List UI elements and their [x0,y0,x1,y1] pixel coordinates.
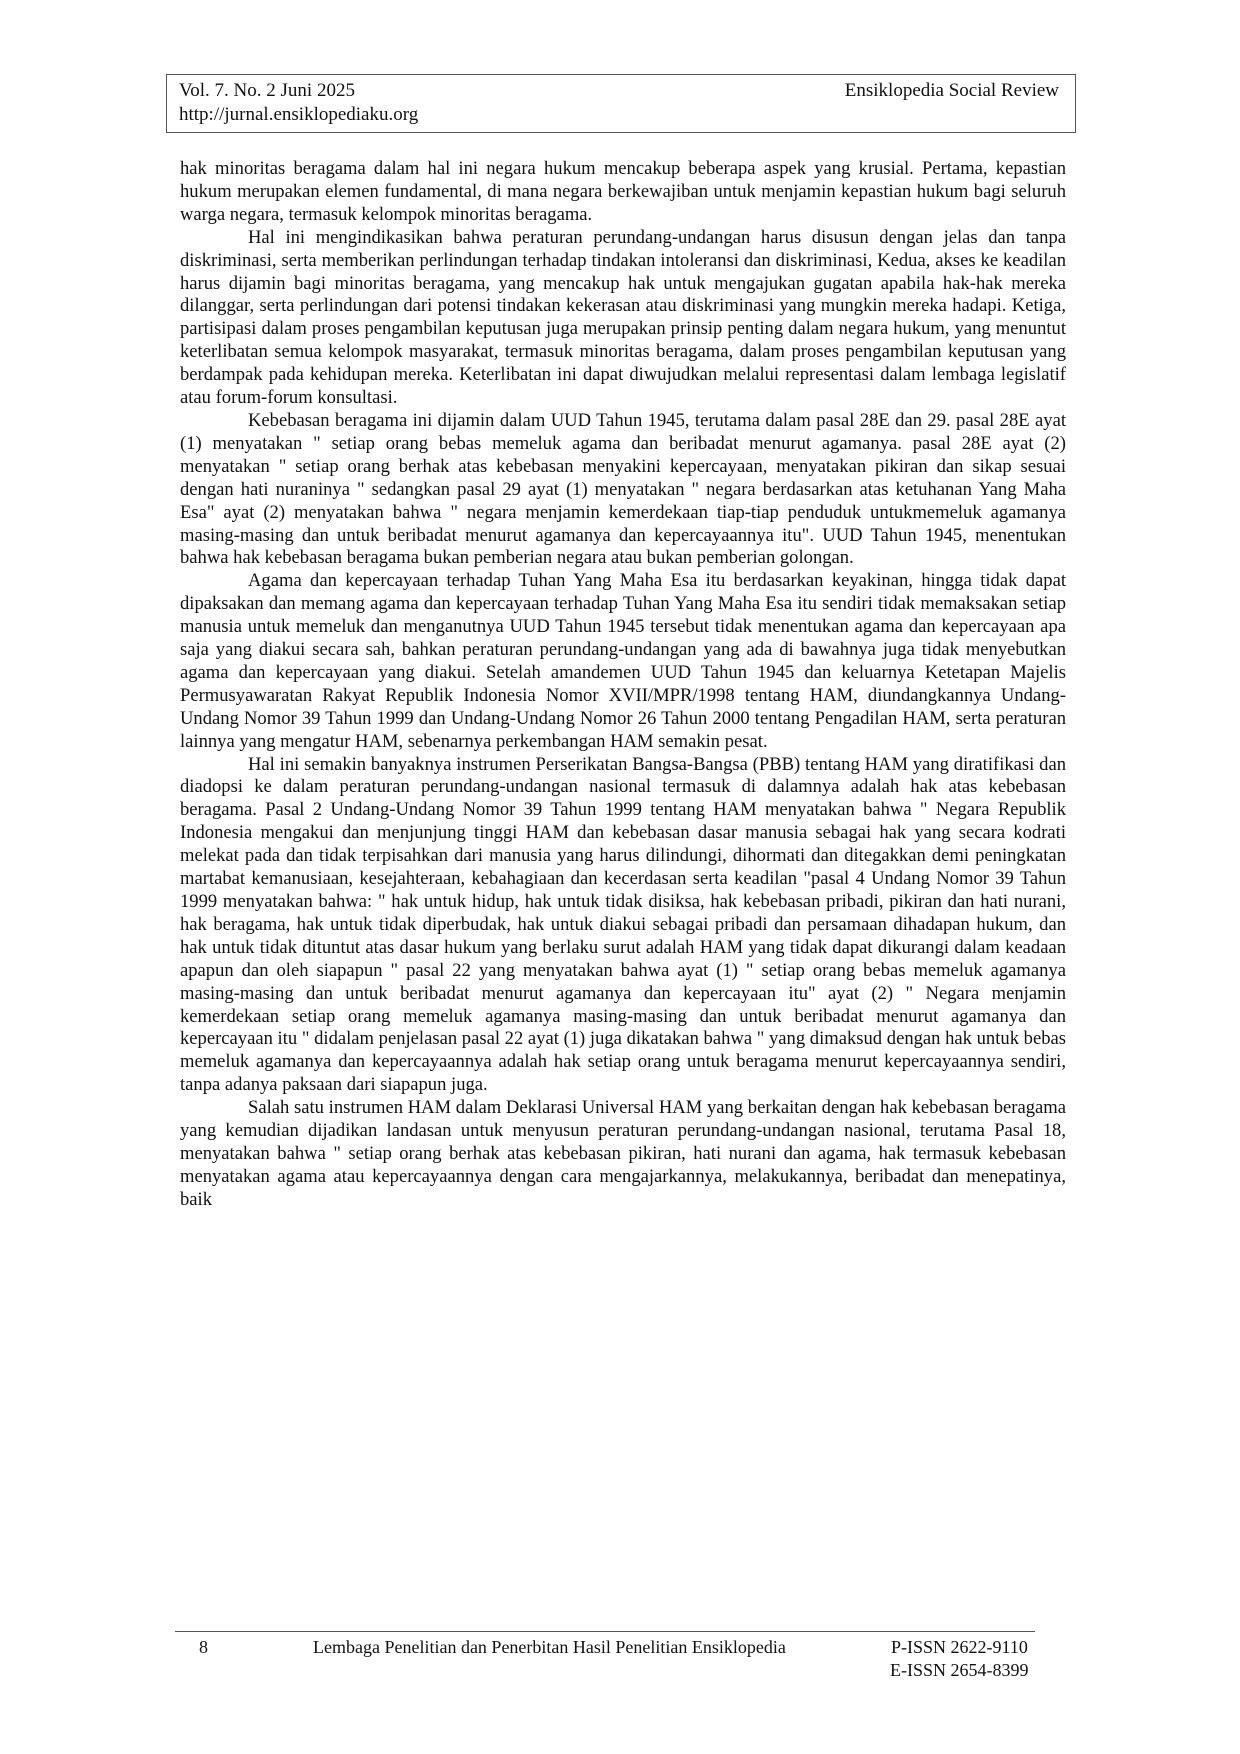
footer-divider [175,1631,1035,1632]
volume-issue: Vol. 7. No. 2 Juni 2025 [179,79,355,103]
p-issn: P-ISSN 2622-9110 [891,1636,1028,1658]
running-header: Vol. 7. No. 2 Juni 2025 http://jurnal.en… [166,74,1076,133]
journal-name: Ensiklopedia Social Review [845,79,1059,103]
paragraph-continuation: hak minoritas beragama dalam hal ini neg… [180,158,1066,227]
publisher-name: Lembaga Penelitian dan Penerbitan Hasil … [313,1636,786,1658]
paragraph: Kebebasan beragama ini dijamin dalam UUD… [180,410,1066,570]
paragraph: Agama dan kepercayaan terhadap Tuhan Yan… [180,570,1066,753]
page-number: 8 [199,1636,208,1658]
paragraph: Salah satu instrumen HAM dalam Deklarasi… [180,1097,1066,1212]
article-body: hak minoritas beragama dalam hal ini neg… [180,158,1066,1212]
e-issn: E-ISSN 2654-8399 [890,1659,1029,1681]
journal-url: http://jurnal.ensiklopediaku.org [179,103,418,127]
paragraph: Hal ini semakin banyaknya instrumen Pers… [180,754,1066,1098]
paragraph: Hal ini mengindikasikan bahwa peraturan … [180,227,1066,410]
